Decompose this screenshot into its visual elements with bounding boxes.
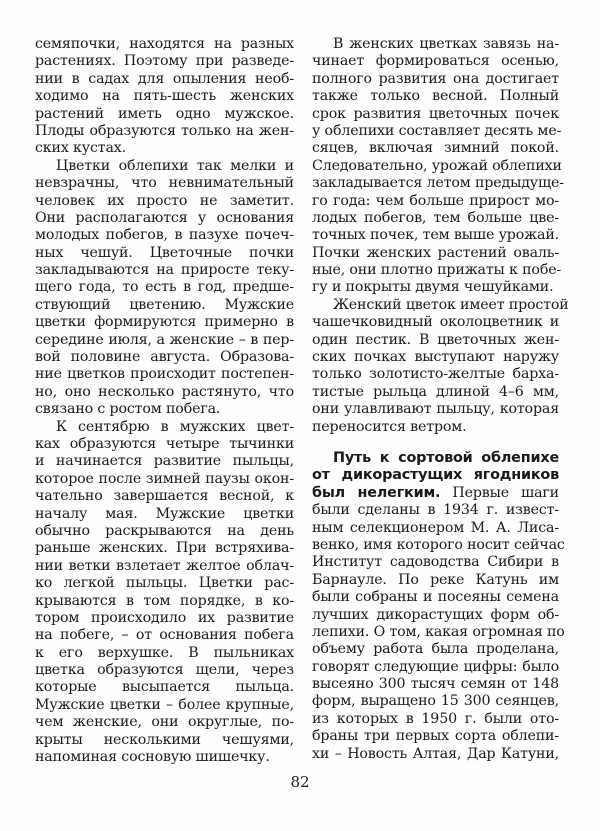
- text-line: из которых в 1950 г. были ото-: [312, 711, 559, 728]
- text-line: чашечковидный околоцветник и: [312, 314, 559, 331]
- text-line: браны три первых сорта облепи-: [312, 728, 559, 745]
- text-line: они улавливают пыльцу, которая: [312, 401, 559, 418]
- section-gap: [312, 436, 559, 450]
- text-line: у облепихи составляет десять ме-: [312, 123, 559, 140]
- text-line: семяпочки, находятся на разных: [35, 36, 294, 53]
- text-line: полного развития она достигает: [312, 71, 559, 88]
- text-line: ные, они плотно прижаты к побе-: [312, 262, 559, 279]
- text-line: точных почек, тем выше урожай.: [312, 227, 559, 244]
- text-line: растениях. Поэтому при разведе-: [35, 53, 294, 70]
- text-line: ние цветков происходит постепен-: [35, 366, 294, 383]
- text-line: Почки женских растений оваль-: [312, 245, 559, 262]
- paragraph-start-line: В женских цветках завязь на-: [312, 36, 559, 53]
- text-line: ко легкой пыльцы. Цветки рас-: [35, 575, 294, 592]
- text-line: раньше женских. При встряхива-: [35, 540, 294, 557]
- text-line: напоминая сосновую шишечку.: [35, 749, 294, 766]
- text-line: лучших дикорастущих форм об-: [312, 607, 559, 624]
- text-line: чательно завершается весной, к: [35, 488, 294, 505]
- paragraph-start-line: Женский цветок имеет простой: [312, 297, 559, 314]
- text-line: лодых побегов, тем больше цве-: [312, 210, 559, 227]
- text-line: ских почках выступают наружу: [312, 349, 559, 366]
- text-line: закладываются на приросте теку-: [35, 262, 294, 279]
- text-line: были сделаны в 1934 г. извест-: [312, 502, 559, 519]
- text-line: на побеге, – от основания побега: [35, 627, 294, 644]
- text-run: Первые шаги: [440, 485, 559, 501]
- text-line: венко, имя которого носит сейчас: [312, 537, 559, 554]
- text-line: лепихи. О том, какая огромная по: [312, 624, 559, 641]
- text-line: которое после зимней паузы окон-: [35, 471, 294, 488]
- text-line: Мужские цветки – более крупные,: [35, 697, 294, 714]
- text-line: нии ветки взлетает желтое облач-: [35, 558, 294, 575]
- right-column: В женских цветках завязь на- чинает форм…: [312, 36, 559, 763]
- text-line: Плоды образуются только на жен-: [35, 123, 294, 140]
- text-line: хи – Новость Алтая, Дар Катуни,: [312, 746, 559, 763]
- text-line: ках образуются четыре тычинки: [35, 436, 294, 453]
- text-line: растений иметь одно мужское.: [35, 106, 294, 123]
- text-line: также только весной. Полный: [312, 88, 559, 105]
- text-line: нии в садах для опыления необ-: [35, 71, 294, 88]
- text-line: Институт садоводства Сибири в: [312, 554, 559, 571]
- text-line: щего года, то есть в год, предше-: [35, 279, 294, 296]
- text-line: говорят следующие цифры: было: [312, 659, 559, 676]
- text-line: тором происходило их развитие: [35, 610, 294, 627]
- page-number: 82: [0, 773, 600, 791]
- text-line: ских кустах.: [35, 140, 294, 157]
- section-heading-line: от дикорастущих ягодников: [312, 467, 559, 484]
- text-line: чем женские, они округлые, по-: [35, 714, 294, 731]
- text-line: Они располагаются у основания: [35, 210, 294, 227]
- text-line: Следовательно, урожай облепихи: [312, 158, 559, 175]
- text-line: обычно раскрываются на день: [35, 523, 294, 540]
- text-line: форм, выращено 15 300 сеянцев,: [312, 693, 559, 710]
- text-line: началу мая. Мужские цветки: [35, 506, 294, 523]
- section-heading-line: Путь к сортовой облепихе: [312, 450, 559, 467]
- book-page: семяпочки, находятся на разных растениях…: [0, 0, 600, 831]
- text-line: сяцев, включая зимний покой.: [312, 140, 559, 157]
- text-line: закладывается летом предыдуще-: [312, 175, 559, 192]
- text-line: срок развития цветочных почек: [312, 106, 559, 123]
- text-line: крыты несколькими чешуями,: [35, 732, 294, 749]
- text-line: были собраны и посеяны семена: [312, 589, 559, 606]
- text-line: Барнауле. По реке Катунь им: [312, 572, 559, 589]
- text-line: гу и покрыты двумя чешуйками.: [312, 279, 559, 296]
- section-heading-end: был нелегким.: [312, 485, 440, 501]
- text-line: к его верхушке. В пыльниках: [35, 645, 294, 662]
- text-line: только золотисто-желтые барха-: [312, 366, 559, 383]
- text-line: вой половине августа. Образова-: [35, 349, 294, 366]
- text-line: чинает формироваться осенью,: [312, 53, 559, 70]
- text-line: молодых побегов, в пазухе почеч-: [35, 227, 294, 244]
- text-line: ствующий цветению. Мужские: [35, 297, 294, 314]
- text-line: один пестик. В цветочных жен-: [312, 332, 559, 349]
- text-line: крываются в том порядке, в ко-: [35, 593, 294, 610]
- text-line: но, оно несколько растянуто, что: [35, 384, 294, 401]
- text-line: объему работа была проделана,: [312, 641, 559, 658]
- paragraph-start-line: Цветки облепихи так мелки и: [35, 158, 294, 175]
- text-line: высеяно 300 тысяч семян от 148: [312, 676, 559, 693]
- text-line: и начинается развитие пыльцы,: [35, 453, 294, 470]
- text-line: переносится ветром.: [312, 419, 559, 436]
- text-line: ных чешуй. Цветочные почки: [35, 245, 294, 262]
- text-line: человек их просто не заметит.: [35, 193, 294, 210]
- text-line: цветки формируются примерно в: [35, 314, 294, 331]
- text-line: которые высыпается пыльца.: [35, 679, 294, 696]
- text-line: ходимо на пять-шесть женских: [35, 88, 294, 105]
- text-line: середине июля, а женские – в пер-: [35, 332, 294, 349]
- text-line: тистые рыльца длиной 4–6 мм,: [312, 384, 559, 401]
- text-line: го года: чем больше прирост мо-: [312, 193, 559, 210]
- left-column: семяпочки, находятся на разных растениях…: [35, 36, 294, 766]
- section-heading-run-in-line: был нелегким. Первые шаги: [312, 485, 559, 502]
- text-line: ным селекционером М. А. Лиса-: [312, 520, 559, 537]
- paragraph-start-line: К сентябрю в мужских цвет-: [35, 419, 294, 436]
- text-line: связано с ростом побега.: [35, 401, 294, 418]
- text-line: цветка образуются щели, через: [35, 662, 294, 679]
- text-line: невзрачны, что невнимательный: [35, 175, 294, 192]
